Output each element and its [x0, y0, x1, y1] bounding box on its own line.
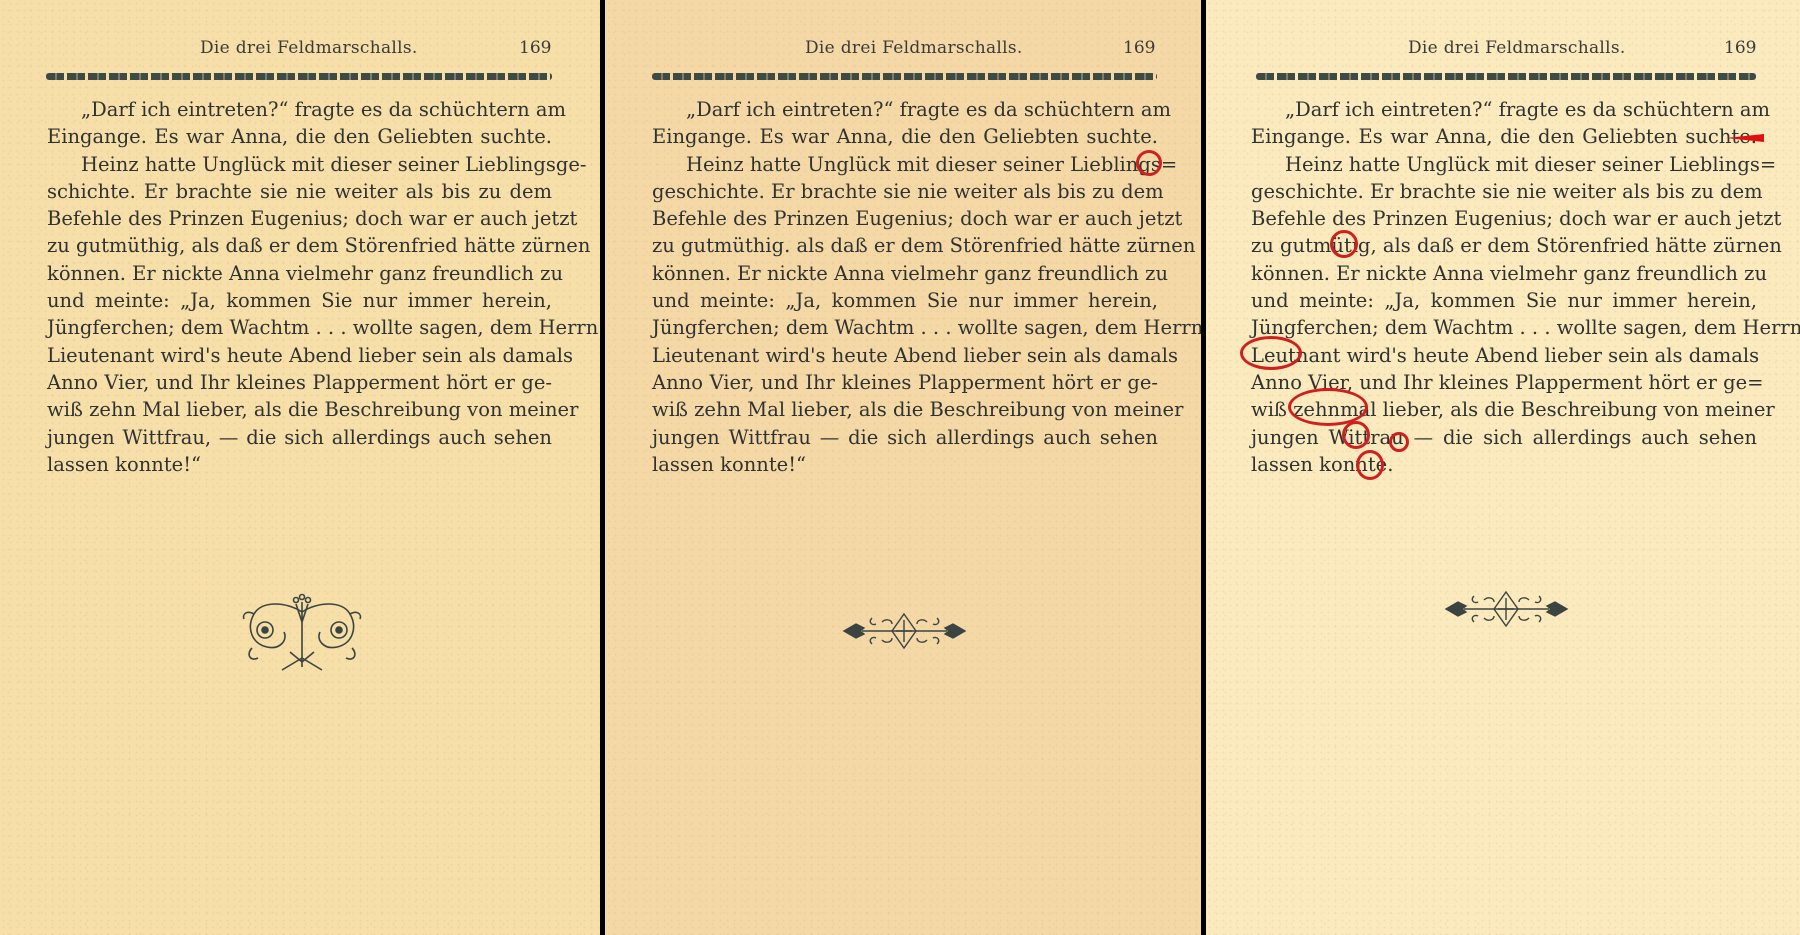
header-rule — [46, 73, 552, 80]
header-rule — [652, 73, 1157, 80]
text-line: Heinz hatte Unglück mit dieser seiner Li… — [1251, 151, 1757, 178]
text-line: Jüngferchen; dem Wachtm . . . wollte sag… — [652, 314, 1158, 341]
text-line: zu gutmütig, als daß er dem Störenfried … — [1251, 232, 1757, 259]
text-line: können. Er nickte Anna vielmehr ganz fre… — [652, 260, 1158, 287]
annotation-circle-comma — [1389, 432, 1409, 452]
text-line: Anno Vier, und Ihr kleines Plapperment h… — [652, 369, 1158, 396]
text-line: und meinte: „Ja, kommen Sie nur immer he… — [652, 287, 1158, 314]
text-line: können. Er nickte Anna vielmehr ganz fre… — [1251, 260, 1757, 287]
text-line: „Darf ich eintreten?“ fragte es da schüc… — [1251, 96, 1757, 123]
page-number: 169 — [1123, 38, 1155, 58]
text-line: Befehle des Prinzen Eugenius; doch war e… — [652, 205, 1158, 232]
text-line: Jüngferchen; dem Wachtm . . . wollte sag… — [47, 314, 552, 341]
scroll-ornament-icon — [842, 610, 967, 652]
page-panel-reprint-b: Die drei Feldmarschalls. 169 „Darf ich e… — [1206, 0, 1800, 935]
text-line: wiß zehn Mal lieber, als die Beschreibun… — [47, 396, 552, 423]
text-line: Leutnant wird's heute Abend lieber sein … — [1251, 342, 1757, 369]
text-line: zu gutmüthig, als daß er dem Störenfried… — [47, 232, 552, 259]
text-line: Anno Vier, und Ihr kleines Plapperment h… — [47, 369, 552, 396]
text-line: Eingange. Es war Anna, die den Geliebten… — [652, 123, 1158, 150]
page-number: 169 — [1724, 38, 1756, 58]
text-line: geschichte. Er brachte sie nie weiter al… — [1251, 178, 1757, 205]
text-line: können. Er nickte Anna vielmehr ganz fre… — [47, 260, 552, 287]
scroll-ornament-icon — [1444, 588, 1569, 630]
running-title: Die drei Feldmarschalls. — [1408, 38, 1626, 58]
floral-ornament-icon — [232, 592, 372, 682]
text-line: lassen konnte!“ — [47, 451, 552, 478]
annotation-circle-hyphen — [1136, 150, 1162, 176]
text-line: „Darf ich eintreten?“ fragte es da schüc… — [652, 96, 1158, 123]
annotation-ellipse-leutnant — [1240, 336, 1302, 370]
running-title: Die drei Feldmarschalls. — [200, 38, 418, 58]
text-line: Befehle des Prinzen Eugenius; doch war e… — [1251, 205, 1757, 232]
text-line: jungen Wittrau — die sich allerdings auc… — [1251, 424, 1757, 451]
running-header: Die drei Feldmarschalls. 169 — [1206, 38, 1800, 64]
text-line: jungen Wittfrau, — die sich allerdings a… — [47, 424, 552, 451]
text-line: und meinte: „Ja, kommen Sie nur immer he… — [47, 287, 552, 314]
text-line: zu gutmüthig. als daß er dem Störenfried… — [652, 232, 1158, 259]
text-line: Heinz hatte Unglück mit dieser seiner Li… — [652, 151, 1158, 178]
text-line: schichte. Er brachte sie nie weiter als … — [47, 178, 552, 205]
text-line: Lieutenant wird's heute Abend lieber sei… — [652, 342, 1158, 369]
text-line: jungen Wittfrau — die sich allerdings au… — [652, 424, 1158, 451]
running-header: Die drei Feldmarschalls. 169 — [605, 38, 1201, 64]
text-line: Lieutenant wird's heute Abend lieber sei… — [47, 342, 552, 369]
text-line: „Darf ich eintreten?“ fragte es da schüc… — [47, 96, 552, 123]
text-line: Eingange. Es war Anna, die den Geliebten… — [47, 123, 552, 150]
page-number: 169 — [519, 38, 551, 58]
page-body-text: „Darf ich eintreten?“ fragte es da schüc… — [652, 96, 1158, 478]
text-line: wiß zehn Mal lieber, als die Beschreibun… — [652, 396, 1158, 423]
text-line: lassen konnte!“ — [652, 451, 1158, 478]
text-line: geschichte. Er brachte sie nie weiter al… — [652, 178, 1158, 205]
header-rule — [1256, 73, 1756, 80]
annotation-circle-konnte — [1356, 450, 1384, 480]
annotation-circle-gutmutig — [1330, 230, 1358, 258]
annotation-circle-wittrau — [1342, 421, 1370, 449]
page-panel-original: Die drei Feldmarschalls. 169 „Darf ich e… — [0, 0, 600, 935]
text-line: und meinte: „Ja, kommen Sie nur immer he… — [1251, 287, 1757, 314]
running-header: Die drei Feldmarschalls. 169 — [0, 38, 600, 64]
text-line: lassen konnte. — [1251, 451, 1757, 478]
text-line: Befehle des Prinzen Eugenius; doch war e… — [47, 205, 552, 232]
running-title: Die drei Feldmarschalls. — [805, 38, 1023, 58]
page-body-text: „Darf ich eintreten?“ fragte es da schüc… — [47, 96, 552, 478]
text-line: Jüngferchen; dem Wachtm . . . wollte sag… — [1251, 314, 1757, 341]
text-line: Eingange. Es war Anna, die den Geliebten… — [1251, 123, 1757, 150]
annotation-arrow-icon — [1726, 134, 1764, 142]
page-panel-reprint-a: Die drei Feldmarschalls. 169 „Darf ich e… — [605, 0, 1201, 935]
text-line: Heinz hatte Unglück mit dieser seiner Li… — [47, 151, 552, 178]
